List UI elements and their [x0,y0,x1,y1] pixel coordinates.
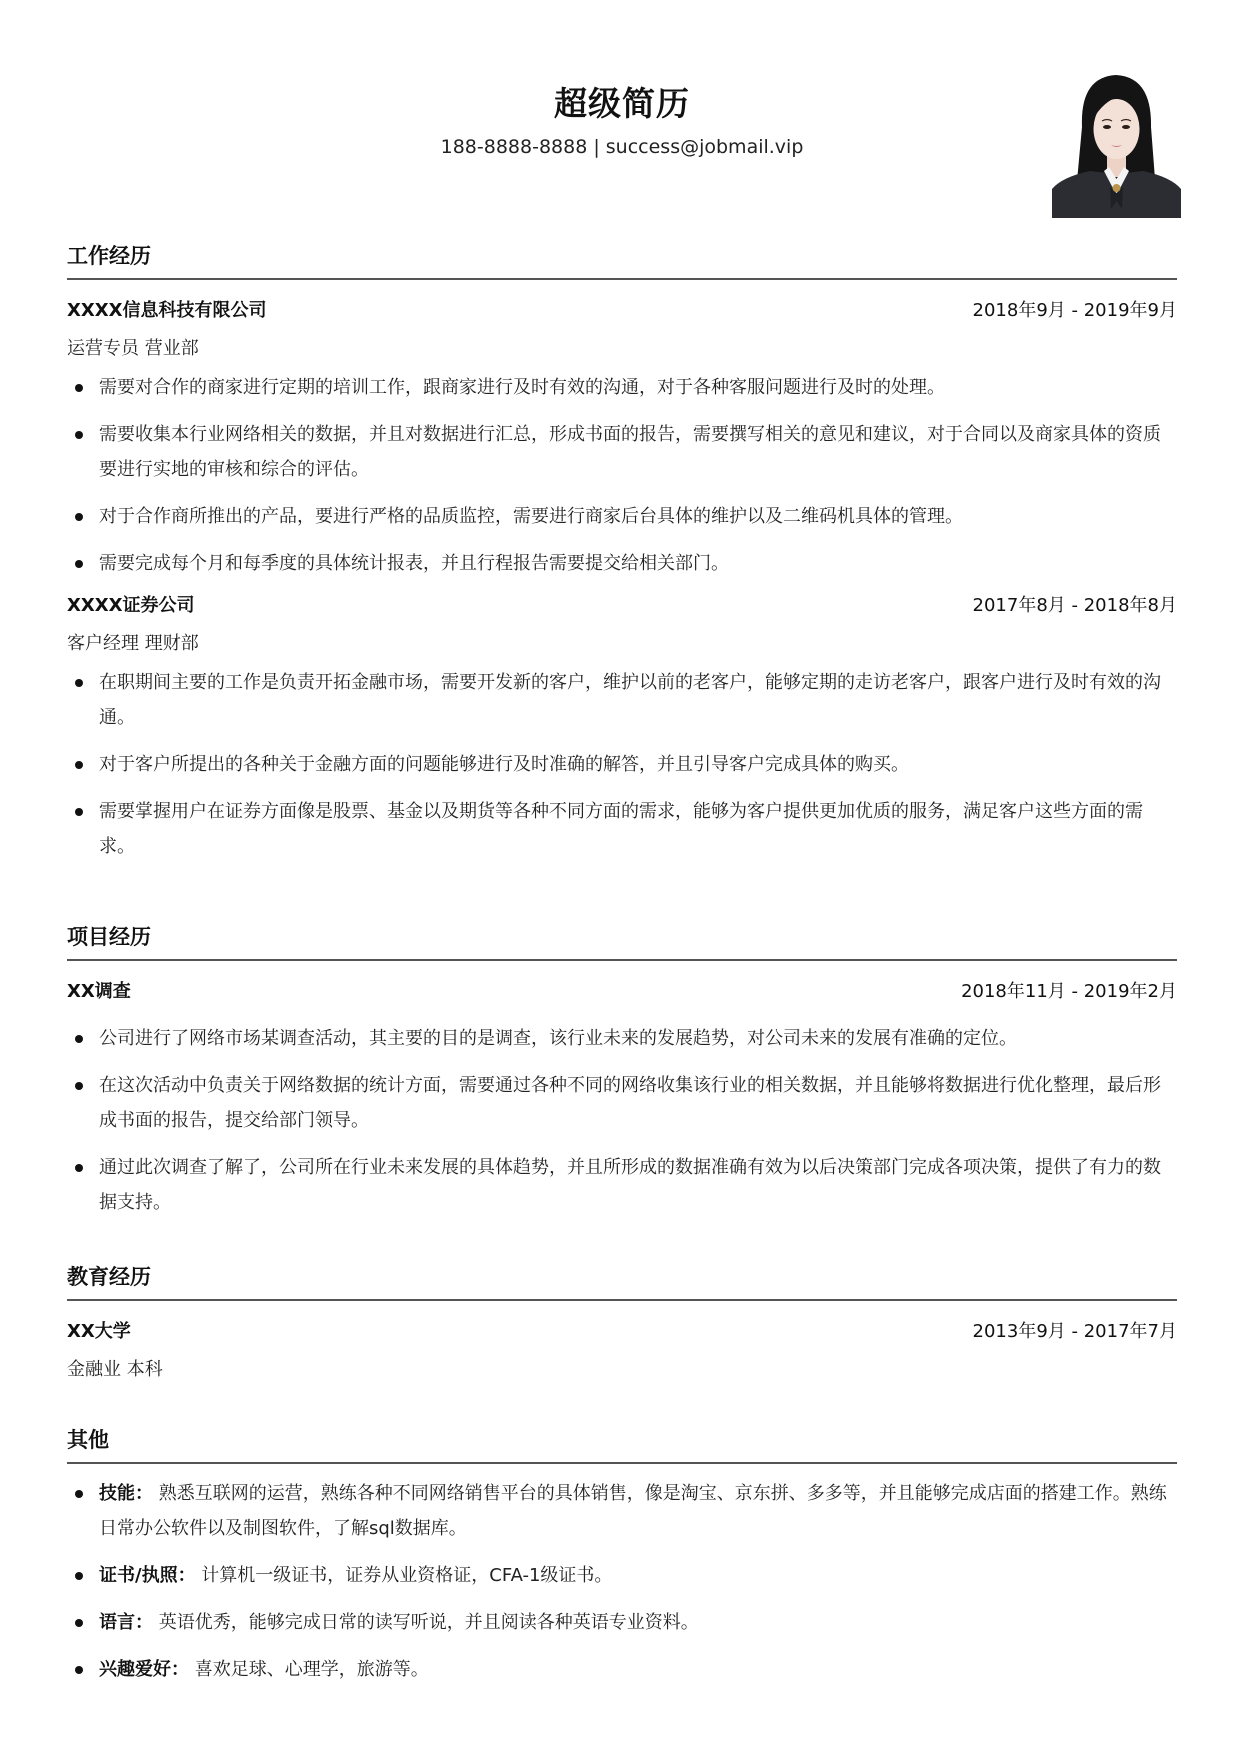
item-label: 技能： [99,1483,153,1504]
list-item: 需要完成每个月和每季度的具体统计报表，并且行程报告需要提交给相关部门。 [67,546,1177,581]
job-role: 客户经理 理财部 [67,629,1177,655]
section-title-other: 其他 [67,1424,1177,1464]
other-list: 技能： 熟悉互联网的运营，熟练各种不同网络销售平台的具体销售，像是淘宝、京东拼、… [67,1476,1177,1687]
item-label: 语言： [99,1612,153,1633]
profile-photo [1052,67,1181,218]
section-other: 其他 技能： 熟悉互联网的运营，熟练各种不同网络销售平台的具体销售，像是淘宝、京… [67,1424,1177,1699]
list-item: 需要对合作的商家进行定期的培训工作，跟商家进行及时有效的沟通，对于各种客服问题进… [67,370,1177,405]
list-item-hobbies: 兴趣爱好： 喜欢足球、心理学，旅游等。 [67,1652,1177,1687]
item-text: 计算机一级证书，证券从业资格证，CFA-1级证书。 [196,1565,613,1586]
list-item-skills: 技能： 熟悉互联网的运营，熟练各种不同网络销售平台的具体销售，像是淘宝、京东拼、… [67,1476,1177,1546]
item-text: 喜欢足球、心理学，旅游等。 [189,1659,429,1680]
date-range: 2017年8月 - 2018年8月 [973,591,1177,617]
list-item: 对于客户所提出的各种关于金融方面的问题能够进行及时准确的解答，并且引导客户完成具… [67,747,1177,782]
job-role: 运营专员 营业部 [67,334,1177,360]
section-education: 教育经历 XX大学 2013年9月 - 2017年7月 金融业 本科 [67,1261,1177,1381]
work-entry: XXXX证券公司 2017年8月 - 2018年8月 客户经理 理财部 在职期间… [67,591,1177,864]
item-text: 熟悉互联网的运营，熟练各种不同网络销售平台的具体销售，像是淘宝、京东拼、多多等，… [99,1483,1167,1539]
date-range: 2013年9月 - 2017年7月 [973,1317,1177,1343]
list-item: 需要掌握用户在证券方面像是股票、基金以及期货等各种不同方面的需求，能够为客户提供… [67,794,1177,864]
section-projects: 项目经历 XX调查 2018年11月 - 2019年2月 公司进行了网络市场某调… [67,921,1177,1232]
duty-list: 需要对合作的商家进行定期的培训工作，跟商家进行及时有效的沟通，对于各种客服问题进… [67,370,1177,581]
section-title-projects: 项目经历 [67,921,1177,961]
item-label: 兴趣爱好： [99,1659,189,1680]
portrait-icon [1052,67,1181,218]
list-item: 需要收集本行业网络相关的数据，并且对数据进行汇总，形成书面的报告，需要撰写相关的… [67,417,1177,487]
list-item-language: 语言： 英语优秀，能够完成日常的读写听说，并且阅读各种英语专业资料。 [67,1605,1177,1640]
section-title-education: 教育经历 [67,1261,1177,1301]
item-text: 英语优秀，能够完成日常的读写听说，并且阅读各种英语专业资料。 [153,1612,699,1633]
item-label: 证书/执照： [99,1565,196,1586]
school-name: XX大学 [67,1317,131,1343]
date-range: 2018年9月 - 2019年9月 [973,296,1177,322]
list-item: 通过此次调查了解了，公司所在行业未来发展的具体趋势，并且所形成的数据准确有效为以… [67,1150,1177,1220]
section-title-work: 工作经历 [67,240,1177,280]
list-item: 对于合作商所推出的产品，要进行严格的品质监控，需要进行商家后台具体的维护以及二维… [67,499,1177,534]
project-detail-list: 公司进行了网络市场某调查活动，其主要的目的是调查，该行业未来的发展趋势，对公司未… [67,1021,1177,1220]
section-work: 工作经历 XXXX信息科技有限公司 2018年9月 - 2019年9月 运营专员… [67,240,1177,876]
list-item: 在职期间主要的工作是负责开拓金融市场，需要开发新的客户，维护以前的老客户，能够定… [67,665,1177,735]
company-name: XXXX信息科技有限公司 [67,296,267,322]
list-item: 公司进行了网络市场某调查活动，其主要的目的是调查，该行业未来的发展趋势，对公司未… [67,1021,1177,1056]
work-entry: XXXX信息科技有限公司 2018年9月 - 2019年9月 运营专员 营业部 … [67,296,1177,581]
duty-list: 在职期间主要的工作是负责开拓金融市场，需要开发新的客户，维护以前的老客户，能够定… [67,665,1177,864]
education-entry: XX大学 2013年9月 - 2017年7月 金融业 本科 [67,1317,1177,1381]
project-entry: XX调查 2018年11月 - 2019年2月 公司进行了网络市场某调查活动，其… [67,977,1177,1220]
list-item-certificates: 证书/执照： 计算机一级证书，证券从业资格证，CFA-1级证书。 [67,1558,1177,1593]
company-name: XXXX证券公司 [67,591,195,617]
resume-header: 超级简历 188-8888-8888 | success@jobmail.vip [67,0,1177,215]
contact-info: 188-8888-8888 | success@jobmail.vip [67,136,1177,158]
project-name: XX调查 [67,977,131,1003]
list-item: 在这次活动中负责关于网络数据的统计方面，需要通过各种不同的网络收集该行业的相关数… [67,1068,1177,1138]
degree: 金融业 本科 [67,1355,1177,1381]
resume-page: 超级简历 188-8888-8888 | success@jobmail.vip [67,0,1177,215]
date-range: 2018年11月 - 2019年2月 [961,977,1177,1003]
candidate-name: 超级简历 [67,78,1177,125]
